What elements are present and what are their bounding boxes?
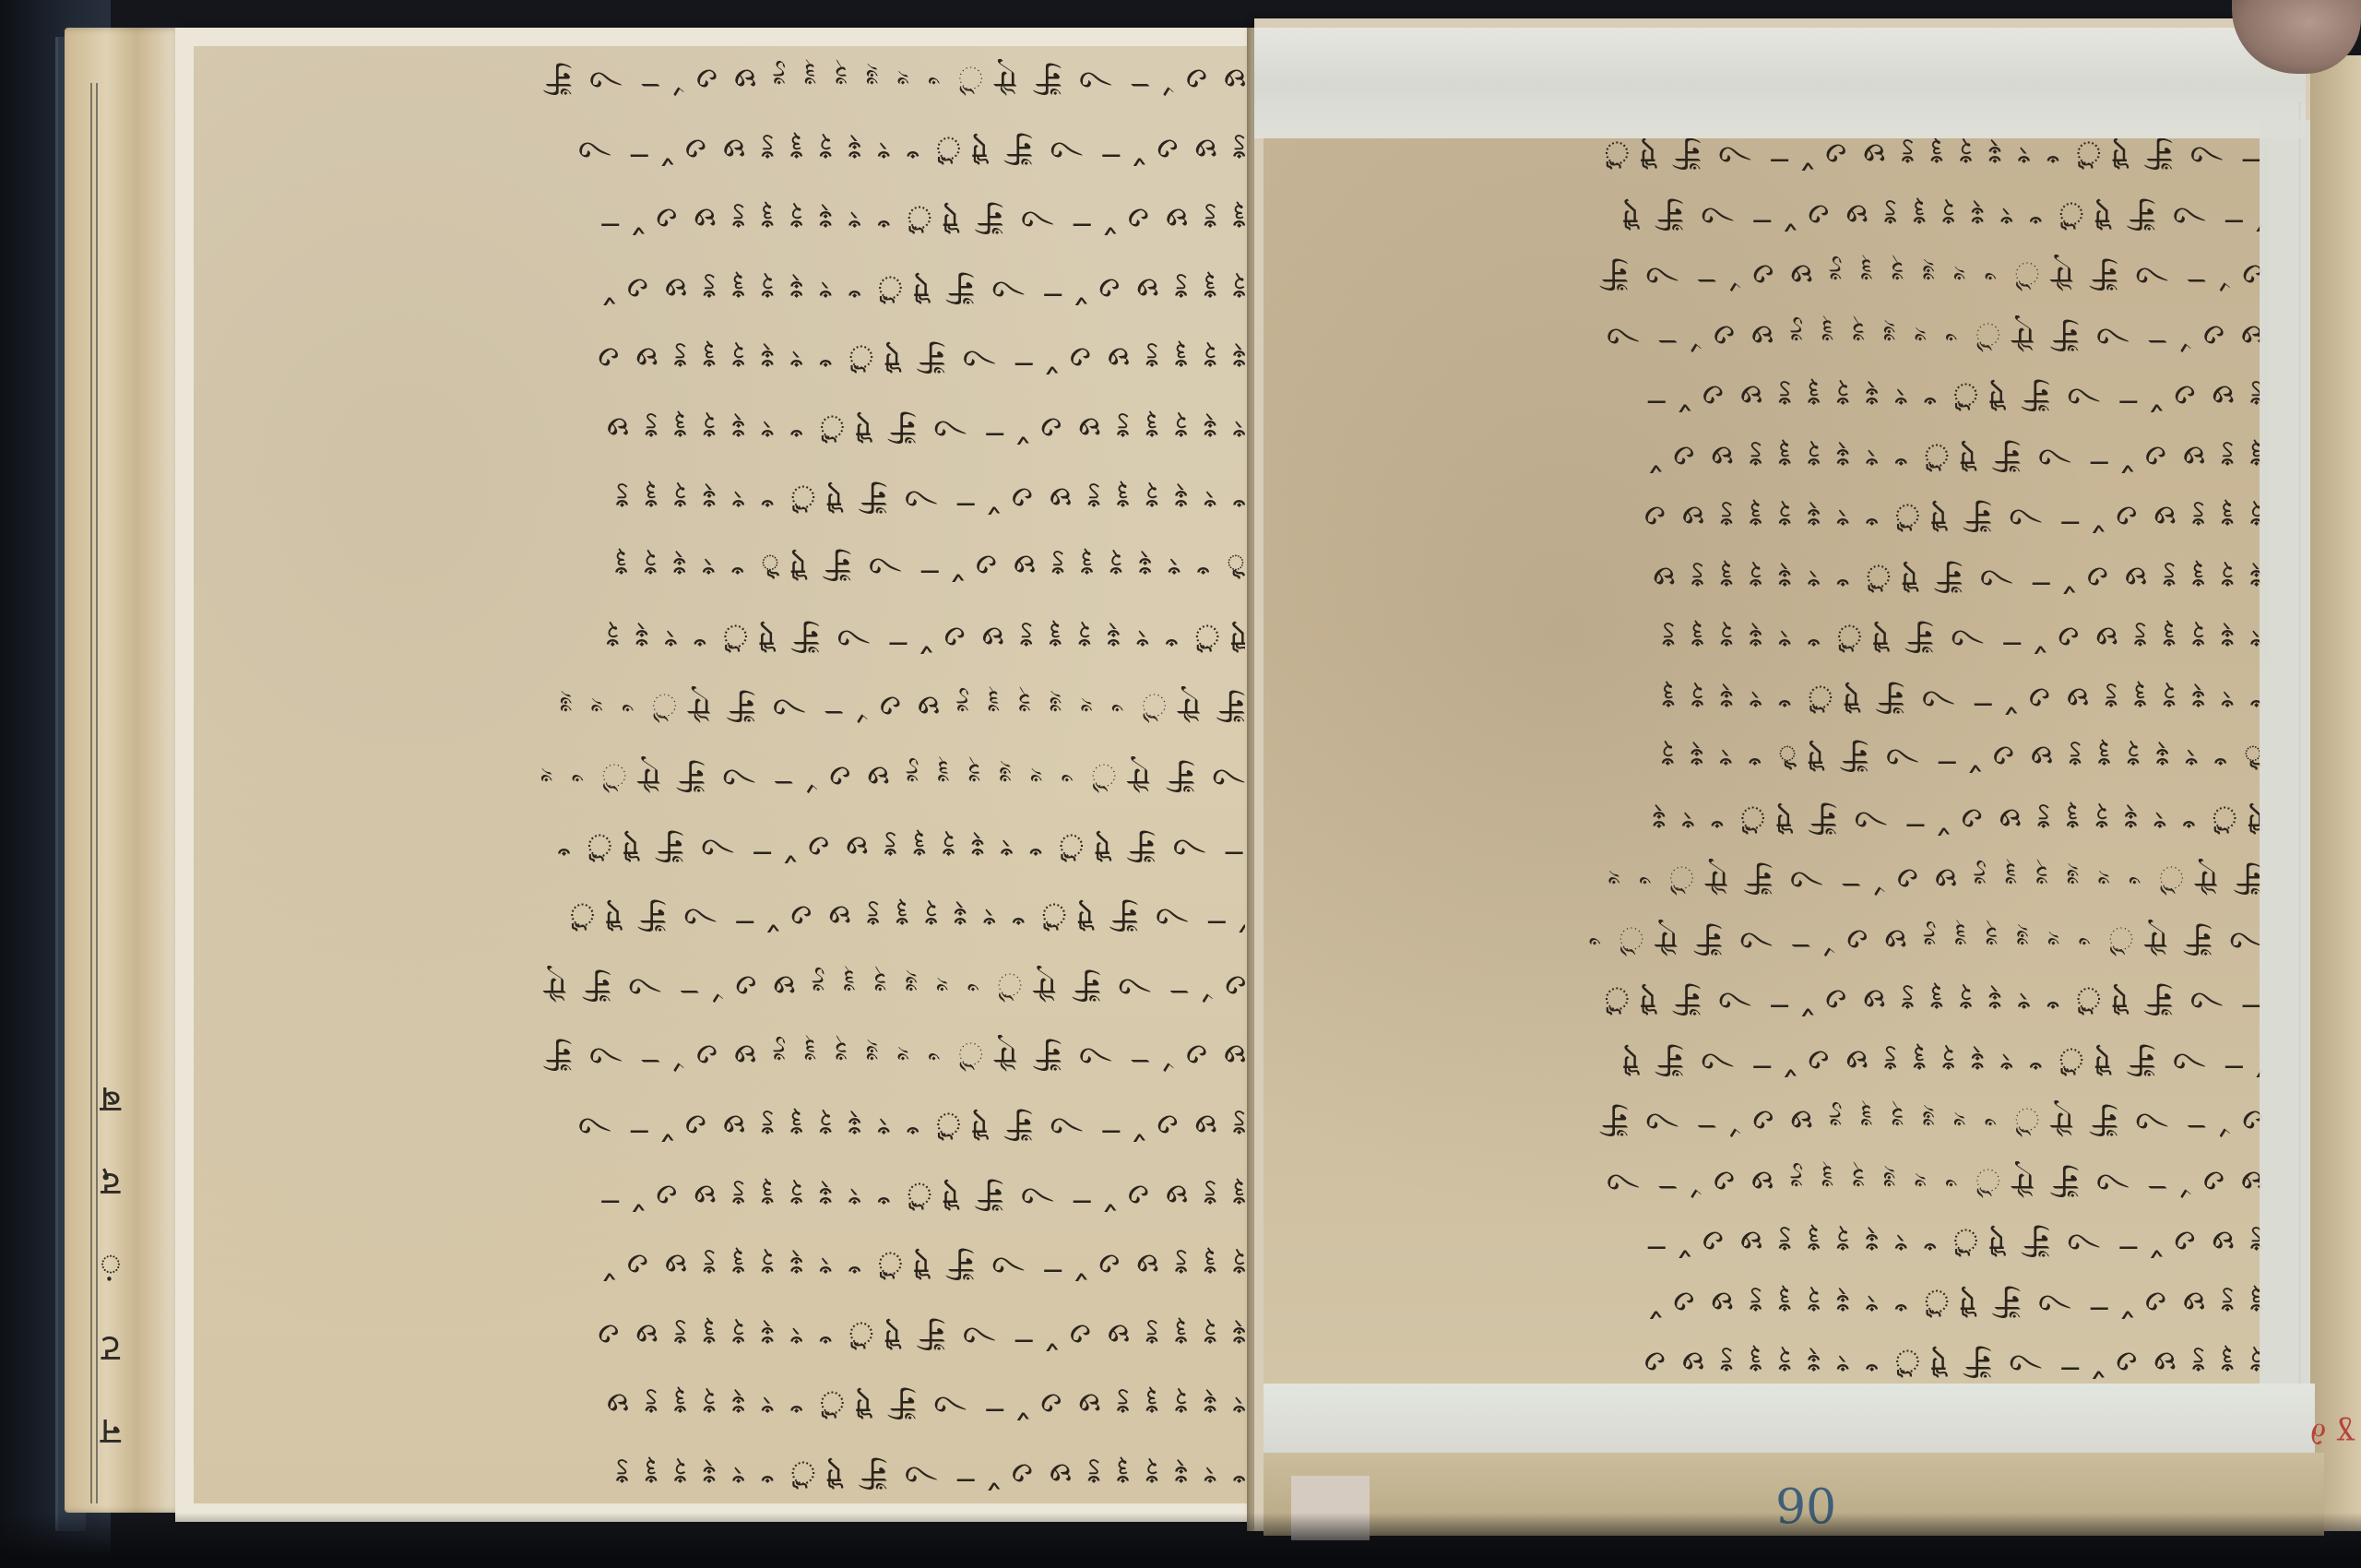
manuscript-line: ꣴ ꣵ ꣶ ꣷ ꣸ ꣹ ꣺ ꣻ ꣼ ꣽ ꣾ ꣿ ꣲ ꣳ ꣴ ꣵ ꣶ ꣷ ꣸: [1271, 557, 2262, 594]
manuscript-line: ꣶ ꣷ ꣸ ꣹ ꣺ ꣻ ꣼ ꣽ ꣾ ꣿ ꣲ ꣳ ꣴ ꣵ ꣶ ꣷ ꣸ ꣹ ꣺ ꣻ: [203, 1175, 1245, 1212]
manuscript-line: ꣴ ꣵ ꣶ ꣷ ꣸ ꣹ ꣺ ꣻ ꣼ ꣽ ꣾ ꣿ ꣲ ꣳ ꣴ ꣵ ꣶ ꣷ ꣸ ꣹: [203, 1314, 1245, 1351]
manuscript-line: ꣿ ꣲ ꣳ ꣴ ꣵ ꣶ ꣷ ꣸ ꣹ ꣺ ꣻ ꣼ ꣽ ꣾ ꣿ ꣲ ꣳ ꣴ ꣵ ꣶ: [203, 547, 1245, 584]
manuscript-line: ꣵ ꣶ ꣷ ꣸ ꣹ ꣺ ꣻ ꣼ ꣽ ꣾ ꣿ ꣲ ꣳ ꣴ ꣵ ꣶ ꣷ ꣸ ꣹: [1271, 1342, 2262, 1379]
manuscript-line: ꣶ ꣷ ꣸ ꣹ ꣺ ꣻ ꣼ ꣽ ꣾ ꣿ ꣲ ꣳ ꣴ ꣵ ꣶ ꣷ ꣸ ꣹ ꣺: [1271, 1282, 2262, 1319]
manuscript-line: ꣶ ꣷ ꣸ ꣹ ꣺ ꣻ ꣼ ꣽ ꣾ ꣿ ꣲ ꣳ ꣴ ꣵ ꣶ ꣷ ꣸ ꣹ ꣺ ꣻ: [203, 198, 1245, 235]
right-page-text-block: ꣻ ꣼ ꣽ ꣾ ꣿ ꣲ ꣳ ꣴ ꣵ ꣶ ꣷ ꣸ ꣹ ꣺ ꣻ ꣼ ꣽ ꣾ ꣿ ꣺ …: [1264, 134, 2269, 1388]
manuscript-line: ꣽ ꣾ ꣿ ꣲ ꣳ ꣴ ꣵ ꣶ ꣷ ꣸ ꣹ ꣺ ꣻ ꣼ ꣽ ꣾ ꣿ ꣲ ꣳ ꣴ: [203, 686, 1245, 723]
manuscript-line: ꣻ ꣼ ꣽ ꣾ ꣿ ꣲ ꣳ ꣴ ꣵ ꣶ ꣷ ꣸ ꣹ ꣺ ꣻ ꣼ ꣽ ꣾ ꣿ: [1271, 980, 2262, 1016]
manuscript-line: ꣶ ꣷ ꣸ ꣹ ꣺ ꣻ ꣼ ꣽ ꣾ ꣿ ꣲ ꣳ ꣴ ꣵ ꣶ ꣷ ꣸ ꣹ ꣺: [1271, 436, 2262, 473]
manuscript-line: ꣼ ꣽ ꣾ ꣿ ꣲ ꣳ ꣴ ꣵ ꣶ ꣷ ꣸ ꣹ ꣺ ꣻ ꣼ ꣽ ꣾ ꣿ ꣲ ꣳ: [203, 756, 1245, 793]
manuscript-line: ꣼ ꣽ ꣾ ꣿ ꣲ ꣳ ꣴ ꣵ ꣶ ꣷ ꣸ ꣹ ꣺ ꣻ ꣼ ꣽ ꣾ ꣿ ꣲ: [1271, 920, 2262, 956]
photo-scene: न ट ं द ब ꣸ ꣹ ꣺ ꣻ ꣼ ꣽ ꣾ ꣿ ꣲ ꣳ ꣴ ꣵ ꣶ ꣷ ꣸ …: [0, 0, 2361, 1568]
manuscript-line: ꣲ ꣳ ꣴ ꣵ ꣶ ꣷ ꣸ ꣹ ꣺ ꣻ ꣼ ꣽ ꣾ ꣿ ꣲ ꣳ ꣴ ꣵ ꣶ ꣷ: [203, 1454, 1245, 1491]
manuscript-line: ꣸ ꣹ ꣺ ꣻ ꣼ ꣽ ꣾ ꣿ ꣲ ꣳ ꣴ ꣵ ꣶ ꣷ ꣸ ꣹ ꣺ ꣻ ꣼: [1271, 315, 2262, 352]
left-page-lines: ꣸ ꣹ ꣺ ꣻ ꣼ ꣽ ꣾ ꣿ ꣲ ꣳ ꣴ ꣵ ꣶ ꣷ ꣸ ꣹ ꣺ ꣻ ꣼ ꣽ …: [203, 59, 1245, 1491]
left-margin-characters: न ट ं द ब: [92, 1061, 129, 1476]
manuscript-line: ꣳ ꣴ ꣵ ꣶ ꣷ ꣸ ꣹ ꣺ ꣻ ꣼ ꣽ ꣾ ꣿ ꣲ ꣳ ꣴ ꣵ ꣶ ꣷ: [1271, 617, 2262, 654]
manuscript-line: ꣾ ꣿ ꣲ ꣳ ꣴ ꣵ ꣶ ꣷ ꣸ ꣹ ꣺ ꣻ ꣼ ꣽ ꣾ ꣿ ꣲ ꣳ ꣴ: [1271, 799, 2262, 836]
manuscript-line: ꣵ ꣶ ꣷ ꣸ ꣹ ꣺ ꣻ ꣼ ꣽ ꣾ ꣿ ꣲ ꣳ ꣴ ꣵ ꣶ ꣷ ꣸ ꣹ ꣺: [203, 1244, 1245, 1281]
manuscript-line: ꣷ ꣸ ꣹ ꣺ ꣻ ꣼ ꣽ ꣾ ꣿ ꣲ ꣳ ꣴ ꣵ ꣶ ꣷ ꣸ ꣹ ꣺ ꣻ: [1271, 1221, 2262, 1258]
manuscript-line: ꣸ ꣹ ꣺ ꣻ ꣼ ꣽ ꣾ ꣿ ꣲ ꣳ ꣴ ꣵ ꣶ ꣷ ꣸ ꣹ ꣺ ꣻ ꣼ ꣽ: [203, 59, 1245, 96]
manuscript-line: ꣸ ꣹ ꣺ ꣻ ꣼ ꣽ ꣾ ꣿ ꣲ ꣳ ꣴ ꣵ ꣶ ꣷ ꣸ ꣹ ꣺ ꣻ ꣼ ꣽ: [203, 1035, 1245, 1072]
right-page-lines: ꣻ ꣼ ꣽ ꣾ ꣿ ꣲ ꣳ ꣴ ꣵ ꣶ ꣷ ꣸ ꣹ ꣺ ꣻ ꣼ ꣽ ꣾ ꣿ ꣺ …: [1271, 134, 2262, 1379]
manuscript-line: ꣵ ꣶ ꣷ ꣸ ꣹ ꣺ ꣻ ꣼ ꣽ ꣾ ꣿ ꣲ ꣳ ꣴ ꣵ ꣶ ꣷ ꣸ ꣹: [1271, 496, 2262, 533]
manuscript-line: ꣹ ꣺ ꣻ ꣼ ꣽ ꣾ ꣿ ꣲ ꣳ ꣴ ꣵ ꣶ ꣷ ꣸ ꣹ ꣺ ꣻ ꣼ ꣽ: [1271, 1100, 2262, 1137]
manuscript-line: ꣻ ꣼ ꣽ ꣾ ꣿ ꣲ ꣳ ꣴ ꣵ ꣶ ꣷ ꣸ ꣹ ꣺ ꣻ ꣼ ꣽ ꣾ ꣿ ꣲ: [203, 826, 1245, 863]
repair-tissue-bottom: [1264, 1384, 2315, 1453]
left-page: ꣸ ꣹ ꣺ ꣻ ꣼ ꣽ ꣾ ꣿ ꣲ ꣳ ꣴ ꣵ ꣶ ꣷ ꣸ ꣹ ꣺ ꣻ ꣼ ꣽ …: [175, 28, 1264, 1522]
manuscript-line: ꣹ ꣺ ꣻ ꣼ ꣽ ꣾ ꣿ ꣲ ꣳ ꣴ ꣵ ꣶ ꣷ ꣸ ꣹ ꣺ ꣻ ꣼ ꣽ ꣾ: [203, 966, 1245, 1003]
manuscript-line: ꣽ ꣾ ꣿ ꣲ ꣳ ꣴ ꣵ ꣶ ꣷ ꣸ ꣹ ꣺ ꣻ ꣼ ꣽ ꣾ ꣿ ꣲ ꣳ: [1271, 859, 2262, 896]
margin-char: द: [101, 1160, 120, 1211]
margin-char: ं: [100, 1243, 122, 1294]
manuscript-line: ꣻ ꣼ ꣽ ꣾ ꣿ ꣲ ꣳ ꣴ ꣵ ꣶ ꣷ ꣸ ꣹ ꣺ ꣻ ꣼ ꣽ ꣾ ꣿ: [1271, 134, 2262, 171]
margin-char: ट: [101, 1326, 120, 1377]
manuscript-line: ꣵ ꣶ ꣷ ꣸ ꣹ ꣺ ꣻ ꣼ ꣽ ꣾ ꣿ ꣲ ꣳ ꣴ ꣵ ꣶ ꣷ ꣸ ꣹ ꣺: [203, 268, 1245, 305]
right-leaf-stack: [2310, 55, 2361, 1531]
margin-char: न: [101, 1409, 121, 1460]
repair-tissue-right: [2260, 120, 2310, 1448]
manuscript-line: ꣺ ꣻ ꣼ ꣽ ꣾ ꣿ ꣲ ꣳ ꣴ ꣵ ꣶ ꣷ ꣸ ꣹ ꣺ ꣻ ꣼ ꣽ ꣾ: [1271, 195, 2262, 232]
manuscript-line: ꣳ ꣴ ꣵ ꣶ ꣷ ꣸ ꣹ ꣺ ꣻ ꣼ ꣽ ꣾ ꣿ ꣲ ꣳ ꣴ ꣵ ꣶ ꣷ ꣸: [203, 408, 1245, 445]
manuscript-line: ꣲ ꣳ ꣴ ꣵ ꣶ ꣷ ꣸ ꣹ ꣺ ꣻ ꣼ ꣽ ꣾ ꣿ ꣲ ꣳ ꣴ ꣵ ꣶ: [1271, 678, 2262, 715]
manuscript-line: ꣷ ꣸ ꣹ ꣺ ꣻ ꣼ ꣽ ꣾ ꣿ ꣲ ꣳ ꣴ ꣵ ꣶ ꣷ ꣸ ꣹ ꣺ ꣻ ꣼: [203, 129, 1245, 166]
repair-tissue-top: [1254, 28, 2306, 138]
manuscript-line: ꣷ ꣸ ꣹ ꣺ ꣻ ꣼ ꣽ ꣾ ꣿ ꣲ ꣳ ꣴ ꣵ ꣶ ꣷ ꣸ ꣹ ꣺ ꣻ ꣼: [203, 1105, 1245, 1142]
margin-char: ब: [101, 1077, 122, 1128]
manuscript-line: ꣳ ꣴ ꣵ ꣶ ꣷ ꣸ ꣹ ꣺ ꣻ ꣼ ꣽ ꣾ ꣿ ꣲ ꣳ ꣴ ꣵ ꣶ ꣷ ꣸: [203, 1384, 1245, 1420]
manuscript-line: ꣸ ꣹ ꣺ ꣻ ꣼ ꣽ ꣾ ꣿ ꣲ ꣳ ꣴ ꣵ ꣶ ꣷ ꣸ ꣹ ꣺ ꣻ ꣼: [1271, 1161, 2262, 1198]
manuscript-line: ꣲ ꣳ ꣴ ꣵ ꣶ ꣷ ꣸ ꣹ ꣺ ꣻ ꣼ ꣽ ꣾ ꣿ ꣲ ꣳ ꣴ ꣵ ꣶ ꣷ: [203, 478, 1245, 515]
manuscript-line: ꣴ ꣵ ꣶ ꣷ ꣸ ꣹ ꣺ ꣻ ꣼ ꣽ ꣾ ꣿ ꣲ ꣳ ꣴ ꣵ ꣶ ꣷ ꣸ ꣹: [203, 338, 1245, 374]
manuscript-line: ꣷ ꣸ ꣹ ꣺ ꣻ ꣼ ꣽ ꣾ ꣿ ꣲ ꣳ ꣴ ꣵ ꣶ ꣷ ꣸ ꣹ ꣺ ꣻ: [1271, 375, 2262, 412]
table-shadow: [0, 1513, 2361, 1568]
manuscript-line: ꣿ ꣲ ꣳ ꣴ ꣵ ꣶ ꣷ ꣸ ꣹ ꣺ ꣻ ꣼ ꣽ ꣾ ꣿ ꣲ ꣳ ꣴ ꣵ: [1271, 738, 2262, 775]
red-folio-mark: ɣ ∂: [2310, 1416, 2355, 1453]
left-page-text-block: ꣸ ꣹ ꣺ ꣻ ꣼ ꣽ ꣾ ꣿ ꣲ ꣳ ꣴ ꣵ ꣶ ꣷ ꣸ ꣹ ꣺ ꣻ ꣼ ꣽ …: [194, 46, 1254, 1503]
manuscript-line: ꣺ ꣻ ꣼ ꣽ ꣾ ꣿ ꣲ ꣳ ꣴ ꣵ ꣶ ꣷ ꣸ ꣹ ꣺ ꣻ ꣼ ꣽ ꣾ: [1271, 1040, 2262, 1077]
manuscript-line: ꣹ ꣺ ꣻ ꣼ ꣽ ꣾ ꣿ ꣲ ꣳ ꣴ ꣵ ꣶ ꣷ ꣸ ꣹ ꣺ ꣻ ꣼ ꣽ: [1271, 255, 2262, 291]
manuscript-line: ꣺ ꣻ ꣼ ꣽ ꣾ ꣿ ꣲ ꣳ ꣴ ꣵ ꣶ ꣷ ꣸ ꣹ ꣺ ꣻ ꣼ ꣽ ꣾ ꣿ: [203, 896, 1245, 932]
manuscript-line: ꣾ ꣿ ꣲ ꣳ ꣴ ꣵ ꣶ ꣷ ꣸ ꣹ ꣺ ꣻ ꣼ ꣽ ꣾ ꣿ ꣲ ꣳ ꣴ ꣵ: [203, 617, 1245, 654]
